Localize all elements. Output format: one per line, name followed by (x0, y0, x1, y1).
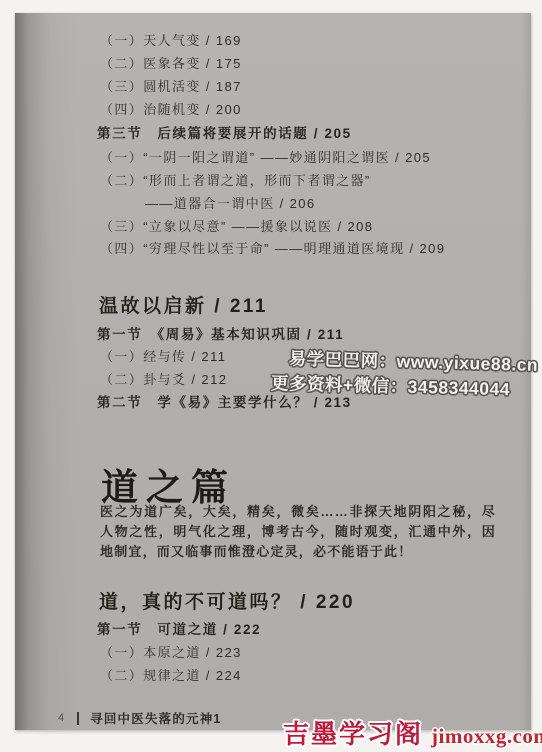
wengu-entry-1: （一）经与传 / 211 (100, 346, 226, 365)
toc-entry-6: （二）“形而上者谓之道，形而下者谓之器” (100, 170, 371, 189)
watermark-jimo-url: jimoxxg.com (431, 724, 542, 749)
scanned-book-page: （一）天人气变 / 169 （二）医象各变 / 175 （三）圆机活变 / 18… (0, 0, 542, 752)
wengu-entry-2: （二）卦与爻 / 212 (100, 369, 227, 388)
toc-entry-7: （三）“立象以尽意” ——援象以说医 / 208 (100, 216, 373, 235)
toc-entry-8: （四）“穷理尽性以至于命” ——明理通道医境现 / 209 (100, 238, 445, 257)
chapter-title-dao: 道，真的不可道吗？ / 220 (99, 587, 355, 614)
toc-entry-6-continued: ——道器合一谓中医 / 206 (145, 193, 316, 212)
watermark-jimo: 吉墨学习阁 jimoxxg.com (283, 714, 542, 751)
dao-section-1: 第一节 可道之道 / 222 (97, 618, 261, 638)
book-title: 寻回中医失落的元神1 (90, 709, 221, 727)
toc-section-3: 第三节 后续篇将要展开的话题 / 205 (97, 122, 352, 142)
watermark-jimo-name: 吉墨学习阁 (283, 714, 423, 751)
chapter-title-wengu: 温故以启新 / 211 (99, 291, 268, 318)
page-number: 4 (58, 712, 65, 724)
watermark-yixue: 易学巴巴网：www.yixue88.cn 更多资料+微信：3458344044 (271, 346, 539, 403)
toc-entry-2: （二）医象各变 / 175 (100, 53, 242, 72)
footer-divider (77, 712, 79, 725)
toc-entry-5: （一）“一阴一阳之谓道” ——妙通阴阳之谓医 / 205 (100, 147, 431, 166)
dao-entry-2: （二）规律之道 / 224 (100, 665, 242, 684)
toc-entry-1: （一）天人气变 / 169 (100, 30, 242, 49)
page-footer: 4 寻回中医失落的元神1 (58, 709, 222, 727)
part-intro-paragraph: 医之为道广矣，大矣，精矣，微矣……非探天地阴阳之秘，尽人物之性，明气化之理，博考… (100, 502, 496, 562)
wengu-section-1: 第一节 《周易》基本知识巩固 / 211 (97, 323, 344, 343)
dao-entry-1: （一）本原之道 / 223 (100, 642, 242, 661)
toc-entry-4: （四）治随机变 / 200 (100, 99, 242, 118)
toc-entry-3: （三）圆机活变 / 187 (100, 76, 242, 95)
